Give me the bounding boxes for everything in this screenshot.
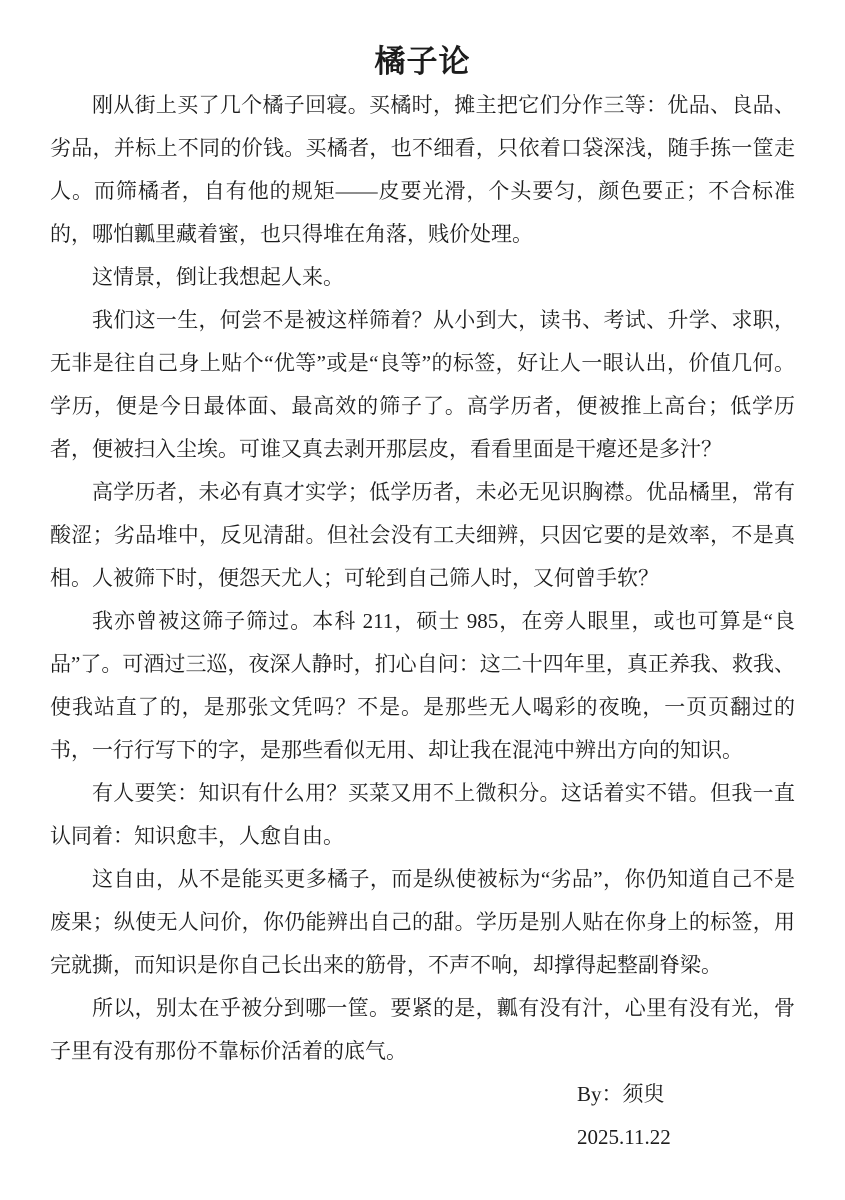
document-title: 橘子论 bbox=[50, 40, 795, 84]
paragraph: 刚从街上买了几个橘子回寝。买橘时，摊主把它们分作三等：优品、良品、劣品，并标上不… bbox=[50, 84, 795, 256]
paragraph: 这情景，倒让我想起人来。 bbox=[50, 256, 795, 299]
paragraph: 有人要笑：知识有什么用？买菜又用不上微积分。这话着实不错。但我一直认同着：知识愈… bbox=[50, 772, 795, 858]
byline: By：须臾 bbox=[577, 1073, 795, 1116]
paragraph: 高学历者，未必有真才实学；低学历者，未必无见识胸襟。优品橘里，常有酸涩；劣品堆中… bbox=[50, 471, 795, 600]
paragraph: 我亦曾被这筛子筛过。本科 211，硕士 985，在旁人眼里，或也可算是“良品”了… bbox=[50, 600, 795, 772]
paragraph: 我们这一生，何尝不是被这样筛着？从小到大，读书、考试、升学、求职，无非是往自己身… bbox=[50, 299, 795, 471]
date: 2025.11.22 bbox=[577, 1116, 795, 1159]
document-body: 刚从街上买了几个橘子回寝。买橘时，摊主把它们分作三等：优品、良品、劣品，并标上不… bbox=[50, 84, 795, 1073]
paragraph: 这自由，从不是能买更多橘子，而是纵使被标为“劣品”，你仍知道自己不是废果；纵使无… bbox=[50, 858, 795, 987]
document-page: 橘子论 刚从街上买了几个橘子回寝。买橘时，摊主把它们分作三等：优品、良品、劣品，… bbox=[0, 0, 845, 1200]
signature-block: By：须臾 2025.11.22 bbox=[577, 1073, 795, 1159]
paragraph: 所以，别太在乎被分到哪一筐。要紧的是，瓤有没有汁，心里有没有光，骨子里有没有那份… bbox=[50, 987, 795, 1073]
